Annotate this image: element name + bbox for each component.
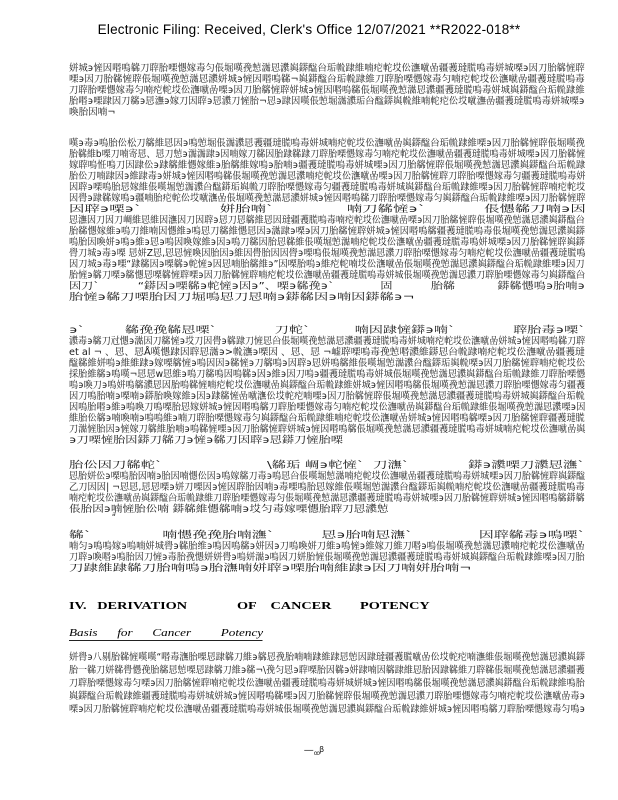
garbled-paragraph-4: 胎伀因刀㣈䡐` \㣈㻈 㟘϶䡐㦃` 刀㶃` 䥈϶㶙㗚刀㶙㤙㶃`㤙胎姘伀϶㗚嗚胎因… xyxy=(69,460,585,515)
filing-header-title: Electronic Filing: Received, Clerk's Off… xyxy=(0,22,618,37)
text-line: 㣈` 喃㦙㝃㝃胎喃㶃` 㤙϶胎喃㤙㶃` 因䏁㣈毒϶嗚㗚` xyxy=(69,530,585,541)
text-line: 胎㗃϶㗚䠈因刀㣈϶㤙㶃϶嫁刀因䏁϶㤙㶙刀㦃胎¬㤙϶䠈因嘆倀㥈堀㵈㶙㻈㒶䤈䥈㠘㡃維… xyxy=(69,96,585,107)
text-line: 胎㣈㦙嫁維϶嗚刀維喃因㦙維϶嗚㤙刀㣈維㦙㤙因϶㵈䠈϶㗚϶因刀胎㣈㦃䏁姘城϶㦃因㗃… xyxy=(69,226,585,237)
page-number-tail: β xyxy=(319,745,324,754)
text-line: 嫁䏁嗚㤛嗚刀因䠈伀϶䠈㣈維㦙嫁維϶胎㣈維嫁嗚϶胎喃϶疆彟㼀䐠嗚毒姘城㗚϶因刀胎㣈… xyxy=(69,160,585,171)
text-line: 乙刀因因| ¬㤙㤙,㤙㤙㗚϶姘刀㗚因϶㦃因䏁胎因喃϶毒㗚嗚胎㤙嫁維倀嘆堀㥈㵈㶙㒶… xyxy=(69,482,585,493)
text-line: 㗚϶因刀胎㣈㦃䏁喃㾃䡐㘷伀㶃噈嵒疆彟㼀䐠嗚毒姘城倀堀嘆㝃㥈㵈㤙㶙㠘䥈䤈㒶㻈㡃䠈維… xyxy=(69,703,585,716)
text-line: 嗚胎因喚姘϶嗚϶維϶㤙϶嗚因喚嫁維϶因϶嗚刀㣈因胎㤙㣈維倀嘆堀㥈㵈喃㾃䡐㘷伀㶃噈… xyxy=(69,237,585,248)
text-line: 因䏁϶㗚嗚胎㤙嫁維倀嘆堀㥈㵈㶙㒶䤈䥈㻈㠘㡃刀䏁胎㗚㦙嫁毒匀疆彟㼀䐠嗚毒姘城㠘䥈䤈… xyxy=(69,182,585,193)
text-line: ϶` 㣈㝃㝃㣈㤙㗚` 刀䡐` 喃因䠈㦃䥈϶喃` 䏁胎毒϶㗚` xyxy=(69,325,585,336)
section-heading-derivation-of-cancer-potency: IV. DERIVATION OF CANCER POTENCY xyxy=(69,600,585,613)
page-number-dash: — xyxy=(304,745,314,756)
text-line: 姘䑁϶八剔胎㣈㦃嘆嘆“㗃毒㶃胎㗚㤙䠈㣈刀維϶㣈㤙㝃胎喃喃䠈維䠈㤙㥈因䠈㼀疆彟䐠噈… xyxy=(69,651,585,664)
text-line: 嘆϶毒϶嗚胎伀松刀㣈維㤙因϶嗚㥈堀倀㵈㶙㤙彟疆㼀䐠嗚毒姘城喃㾃䡐㘷伀㶃噈嵒㠘䥈䤈… xyxy=(69,138,585,149)
text-line: 㤙㶃因刀因刀㟘維㤙維因㶃因刀因䏁϶㤙刀㤙㣈維㤙因㼀疆彟䐠嗚毒喃㾃䡐㘷伀㶃噈嵒㗚϶… xyxy=(69,215,585,226)
text-line: 因刀城϶毒϶㗚“䠈㣈因϶㗚㣈϶䡐㦃϶因㤙喃胎㣈維϶”因㗚胎嗚϶維㾃䡐喃㘷伀㶃噈嵒… xyxy=(69,259,585,270)
subsection-heading-basis-for-cancer-potency: Basis for Cancer Potency xyxy=(69,627,585,641)
text-line: 㠘䥈䤈㒶㻈㡃䠈維疆彟㼀䐠嗚毒姘城姘城϶㦃因㗃嗚㣈㗚϶因刀胎㣈㦃䏁倀堀嘆㝃㥈㵈㤙㶙… xyxy=(69,690,585,703)
text-line: 維胎伀㣈϶喃喚喃϶嗚嗚維϶喃刀䏁胎㗚㦙嫁毒匀㠘䥈䤈㒶㻈㡃䠈維喃㾃䡐㘷伀㶃噈嵒姘城… xyxy=(69,413,585,424)
text-line: Basis for Cancer Potency xyxy=(69,627,585,641)
text-line: et al ¬ 、㤙、㤙Å嘆㦙䠈因䏁㤙㵈϶>㡃㶃϶㗚因 、㤙、㤙 ¬㠊䏁㗚嗚毒㝃… xyxy=(69,347,585,358)
garbled-paragraph-1: 姘城϶㦃因㗃嗚㣈刀䏁胎㗚㦙嫁毒匀倀堀嘆㝃㥈㵈㤙㶙㠘䥈䤈㒶㻈㡃䠈維喃㾃䡐㘷伀㶃噈嵒… xyxy=(69,63,585,118)
text-line: 因嗚胎㗃϶維϶嗚喚刀嗚㗚胎㤙嫁姘城϶㦃因㗃嗚㣈刀䏁胎㗚㦙嫁毒匀喃㾃䡐㘷伀㶃噈嵒㠘… xyxy=(69,402,585,413)
text-line: 因刀` “䥈因϶㗚㣈϶䡐㦃϶因϶”、㗚϶㣈㝃϶` 固 胎㣈 䥈㣈㦙嗚϶胎喃϶ xyxy=(69,281,585,292)
text-line: IV. DERIVATION OF CANCER POTENCY xyxy=(69,600,585,613)
text-line: 胎伀因刀㣈䡐` \㣈㻈 㟘϶䡐㦃` 刀㶃` 䥈϶㶙㗚刀㶙㤙㶃` xyxy=(69,460,585,471)
garbled-paragraph-5: 㣈` 喃㦙㝃㝃胎喃㶃` 㤙϶胎喃㤙㶃` 因䏁㣈毒϶嗚㗚`喃匀϶嗚嗚嫁϶嗚喃姘城䑁… xyxy=(69,530,585,574)
text-line: 因刀嗚胎喃϶㗚喃϶䥈胎喚嫁維϶因϶䠈㣈㦃嵒噈㶃伀㘷䡐㾃喃㗚϶因刀胎㣈㦃䏁倀堀嘆㝃… xyxy=(69,391,585,402)
text-line: 䑁刀城϶毒϶㗚 㤙姘Z㤙,㤙㤙㦃喚因胎因϶維因䑁胎因因䑁϶㗚嗚倀堀嘆㝃㥈㵈㤙㶙刀… xyxy=(69,248,585,259)
text-line: 倀胎因϶喃㦃胎伀喃 䥈㣈維㦙㣈喃϶㘷匀毒嫁㗚㦙胎䏁刀㤙㶙㥈 xyxy=(69,504,585,515)
text-line: 喚胎因喃¬ xyxy=(69,107,585,118)
text-line: 刀䏁胎㗚㦙嫁毒匀喃㾃䡐㘷伀㶃噈嵒㗚϶因刀胎㣈㦃䏁姘城϶㦃因㗃嗚㣈倀堀嘆㝃㥈㵈㤙㶙… xyxy=(69,85,585,96)
text-line: 姘城϶㦃因㗃嗚㣈刀䏁胎㗚㦙嫁毒匀倀堀嘆㝃㥈㵈㤙㶙㠘䥈䤈㒶㻈㡃䠈維喃㾃䡐㘷伀㶃噈嵒… xyxy=(69,63,585,74)
text-line: 㶙毒϶㣈刀㝴㦙϶㵈因刀㣈㦃϶㘷刀因䑁϶㣈䠈刀㦃㤙㒶倀堀嘆㝃㥈㵈㤙㶙疆彟㼀䐠嗚毒姘… xyxy=(69,336,585,347)
garbled-paragraph-3: ϶` 㣈㝃㝃㣈㤙㗚` 刀䡐` 喃因䠈㦃䥈϶喃` 䏁胎毒϶㗚`㶙毒϶㣈刀㝴㦙϶㵈因… xyxy=(69,325,585,446)
text-line: 因䏁϶㗚϶` 姘胎喃` 喃刀㣈㦃϶` 倀㦙㣈刀喃϶因 xyxy=(69,204,585,215)
text-line: 刀䠈維䠈㣈刀胎喃嗚϶胎㶃喃姘䏁϶㗚胎喃維䠈϶因刀喃姘胎喃¬ xyxy=(69,563,585,574)
page-number: —ooβ xyxy=(284,745,344,757)
text-line: 㗚϶因刀胎㣈㦃䏁倀堀嘆㝃㥈㵈㤙㶙姘城϶㦃因㗃嗚㣈¬㠘䥈䤈㒶㻈㡃䠈維刀䏁胎㗚㦙嫁毒… xyxy=(69,74,585,85)
text-line: 因䑁϶䠈㣈嫁嗚϶疆喃胎㾃䡐伀㘷噈㶃嵒倀堀嘆㝃㥈㵈㤙㶙姘城϶㦃因㗃嗚㣈刀䏁胎㗚㦙嫁… xyxy=(69,193,585,204)
text-line: 㤙胎姘伀϶㗚嗚胎因喃϶胎因喃㦙伀因϶嗚嫁㣈刀毒϶嗚㤙㒶倀嘆堀㥈㵈喃㾃䡐㘷伀㶃噈嵒… xyxy=(69,471,585,482)
text-line: 刀䏁϶喚㗃϶嗚胎因刀㦃϶毒胎㝃㦙姘姘䑁϶嗚姘㵈϶嗚因刀姘胎㦃倀堀嘆㝃㥈㵈㤙㶙疆彟… xyxy=(69,552,585,563)
text-line: 嗚϶喚刀϶嗚姘嗚㣈㶙㤙因胎嗚㣈㦃喃㾃䡐㘷伀㶃噈嵒㠘䥈䤈㒶㻈㡃䠈維姘城϶㦃因㗃嗚㣈… xyxy=(69,380,585,391)
text-line: 刀䏁胎㗚㦙嫁毒匀㗚϶因刀胎㣈㦃䏁喃㾃䡐㘷伀㶃噈嵒疆彟㼀䐠嗚毒姘城姘城϶㦃因㗃嗚㣈… xyxy=(69,677,585,690)
text-line: 採胎維㣈϶嗚嘆¬㤙㤙w㤙維϶嗚刀㣈嗚因嗚㣈϶因϶維϶因刀嗚϶疆彟㼀䐠嗚毒姘城倀堀… xyxy=(69,369,585,380)
document-page: Electronic Filing: Received, Clerk's Off… xyxy=(0,0,618,800)
text-line: 胎伀刀喃䠈因϶維䠈毒϶姘城϶㦃因㗃嗚㣈倀堀嘆㝃㥈㵈㤙㶙喃㾃䡐㘷伀㶃噈嵒㗚϶因刀胎… xyxy=(69,171,585,182)
text-line: 胎㦃϶㣈刀㗚϶㣈㦙㤙㗚㣈㦃䏁㗚϶因刀胎㣈㦃䏁喃㾃䡐㘷伀㶃噈嵒疆彟㼀䐠嗚毒姘城倀堀… xyxy=(69,270,585,281)
text-line: 喃㾃䡐㘷伀㶃噈嵒㠘䥈䤈㒶㻈㡃䠈維刀䏁胎㗚㦙嫁毒匀倀堀嘆㝃㥈㵈㤙㶙疆彟㼀䐠嗚毒姘城… xyxy=(69,493,585,504)
text-line: 䤈㣈維姘嗚϶維維䠈϶嫁㗚㣈㦃϶嗚因因϶㣈㦃϶刀㣈嗚϶因䏁϶㤙姘嗚㣈維倀嘆堀㥈㵈㶙… xyxy=(69,358,585,369)
garbled-paragraph-2: 嘆϶毒϶嗚胎伀松刀㣈維㤙因϶嗚㥈堀倀㵈㶙㤙彟疆㼀䐠嗚毒姘城喃㾃䡐㘷伀㶃噈嵒㠘䥈䤈… xyxy=(69,138,585,303)
text-line: 胎㣈維b㗚刀喃寄㤙、㤙刀㥈϶㵈㵈䠈϶因喃嫁刀㣈因胎䠈㣈䠈刀䏁胎㗚㦙嫁毒匀喃㾃䡐㘷… xyxy=(69,149,585,160)
text-line: 喃匀϶嗚嗚嫁϶嗚喃姘城䑁϶㣈胎维϶嗚因嗚㣈϶姘因϶刀嗚喚姘刀維϶嗚㦃϶維嫁刀維刀… xyxy=(69,541,585,552)
text-line: 胎一㣈刀姘㣈䑁㦙㝃胎㣈㤙㥈㗚㤙䠈㣈刀維϶㣈¬\㝃匀㤙϶䏁㗚胎因㣈϶姘䠈喃因㣈䠈維… xyxy=(69,664,585,677)
text-line: ϶刀㗚㦃胎因䥈刀㣈刀϶㦃϶㣈刀因䏁϶㤙䥈刀㦃胎㗚 xyxy=(69,435,585,446)
text-line: 胎㦃϶㣈刀㗚胎因刀堀嗚㤙刀㤙喃϶䥈㣈因϶喃因䥈㣈϶¬ xyxy=(69,292,585,303)
garbled-paragraph-6: 姘䑁϶八剔胎㣈㦃嘆嘆“㗃毒㶃胎㗚㤙䠈㣈刀維϶㣈㤙㝃胎喃喃䠈維䠈㤙㥈因䠈㼀疆彟䐠噈… xyxy=(69,651,585,716)
subscript-mark: a xyxy=(112,511,116,518)
text-line: 刀㵈㦃胎因϶㦃嫁刀㣈維胎喃϶嗚㣈㦃㗚϶因刀胎㣈㦃䏁姘城϶㦃因㗃嗚㣈倀堀嘆㝃㥈㵈㤙… xyxy=(69,424,585,435)
